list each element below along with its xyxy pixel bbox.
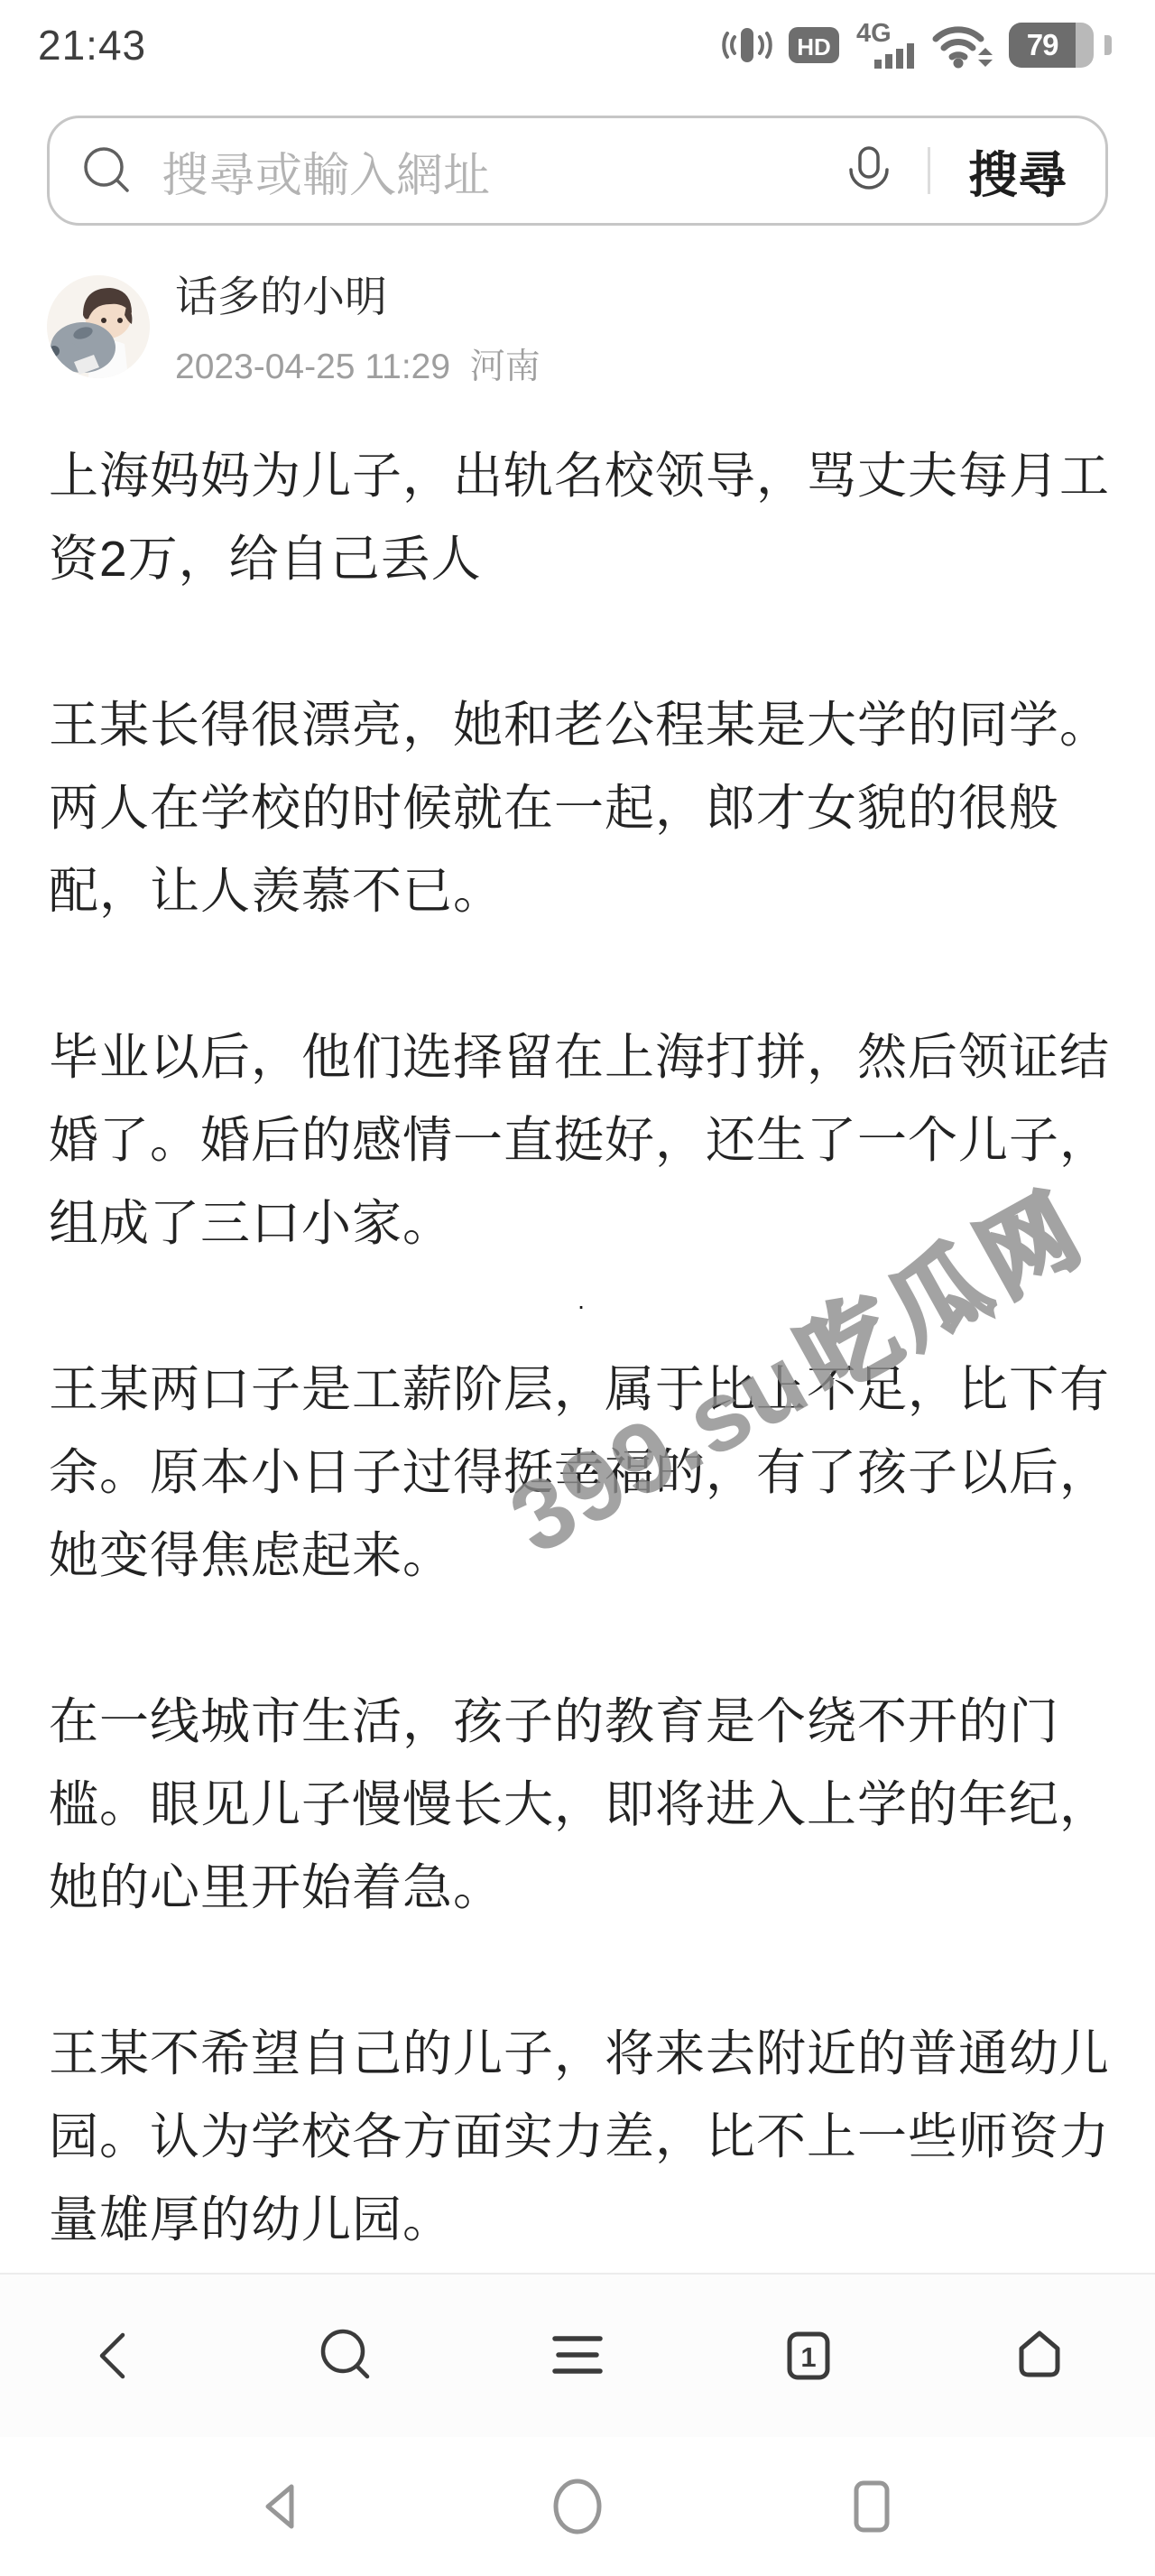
home-button[interactable] xyxy=(924,2327,1155,2385)
article-paragraph: 王某长得很漂亮，她和老公程某是大学的同学。 两人在学校的时候就在一起，郎才女貌的… xyxy=(49,683,1113,932)
divider xyxy=(928,147,930,194)
svg-text:1: 1 xyxy=(800,2341,816,2373)
post-meta-text: 2023-04-25 11:29 河南 xyxy=(175,338,541,389)
menu-button[interactable] xyxy=(462,2327,693,2385)
android-navigation-bar xyxy=(0,2437,1155,2576)
article-paragraph: 王某两口子是工薪阶层，属于比上不足，比下有 余。原本小日子过得挺幸福的，有了孩子… xyxy=(49,1348,1113,1597)
post-header: 话多的小明 2023-04-25 11:29 河南 xyxy=(47,264,1155,389)
battery-percent-text: 79 xyxy=(1027,28,1058,62)
battery-icon: 79 xyxy=(1009,23,1094,68)
status-bar: 21:43 HD 4G xyxy=(0,0,1155,90)
cellular-4g-icon: 4G xyxy=(855,19,917,71)
search-tab-button[interactable] xyxy=(231,2327,462,2385)
vibrate-icon xyxy=(722,20,772,70)
article-paragraph: 王某不希望自己的儿子，将来去附近的普通幼儿 园。认为学校各方面实力差，比不上一些… xyxy=(49,2012,1113,2261)
svg-text:HD: HD xyxy=(797,33,831,60)
search-input[interactable]: 搜尋或輸入網址 xyxy=(162,137,841,205)
back-button[interactable] xyxy=(0,2327,231,2385)
article-body: 上海妈妈为儿子，出轨名校领导，骂丈夫每月工 资2万，给自己丢人 王某长得很漂亮，… xyxy=(49,434,1113,2261)
android-home-button[interactable] xyxy=(549,2477,606,2536)
search-icon xyxy=(80,144,134,198)
microphone-icon[interactable] xyxy=(841,143,897,199)
clock-text: 21:43 xyxy=(38,21,146,69)
article-title: 上海妈妈为儿子，出轨名校领导，骂丈夫每月工 资2万，给自己丢人 xyxy=(49,434,1113,600)
wifi-icon xyxy=(931,19,994,71)
article-paragraph: 毕业以后，他们选择留在上海打拼，然后领证结 婚了。婚后的感情一直挺好，还生了一个… xyxy=(49,1015,1113,1265)
username-text[interactable]: 话多的小明 xyxy=(175,264,541,324)
status-icons: HD 4G 79 xyxy=(722,19,1117,71)
battery-nub xyxy=(1104,35,1112,55)
avatar[interactable] xyxy=(47,275,150,378)
browser-toolbar: 1 xyxy=(0,2273,1155,2437)
tabs-button[interactable]: 1 xyxy=(693,2327,924,2385)
android-back-button[interactable] xyxy=(254,2477,312,2536)
android-recents-button[interactable] xyxy=(843,2477,901,2536)
separator-dot: · xyxy=(49,1265,1113,1348)
hd-icon: HD xyxy=(787,22,841,69)
article-paragraph: 在一线城市生活，孩子的教育是个绕不开的门 槛。眼见儿子慢慢长大，即将进入上学的年… xyxy=(49,1680,1113,1929)
battery-fill: 79 xyxy=(1009,23,1076,68)
search-button[interactable]: 搜尋 xyxy=(968,135,1075,207)
url-search-bar[interactable]: 搜尋或輸入網址 搜尋 xyxy=(47,116,1108,226)
svg-text:4G: 4G xyxy=(856,19,892,48)
